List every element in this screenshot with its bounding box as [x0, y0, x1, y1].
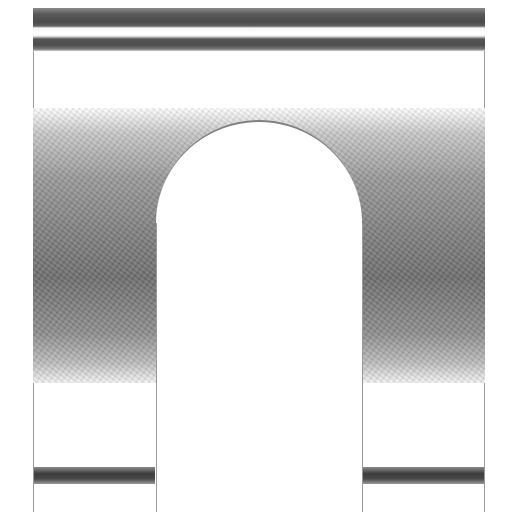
- slot-left-edge: [156, 223, 157, 512]
- top-rolled-band: [33, 8, 485, 51]
- bottom-left-strip: [34, 467, 155, 484]
- bottom-right-strip: [363, 467, 484, 484]
- metal-shim: [33, 8, 485, 512]
